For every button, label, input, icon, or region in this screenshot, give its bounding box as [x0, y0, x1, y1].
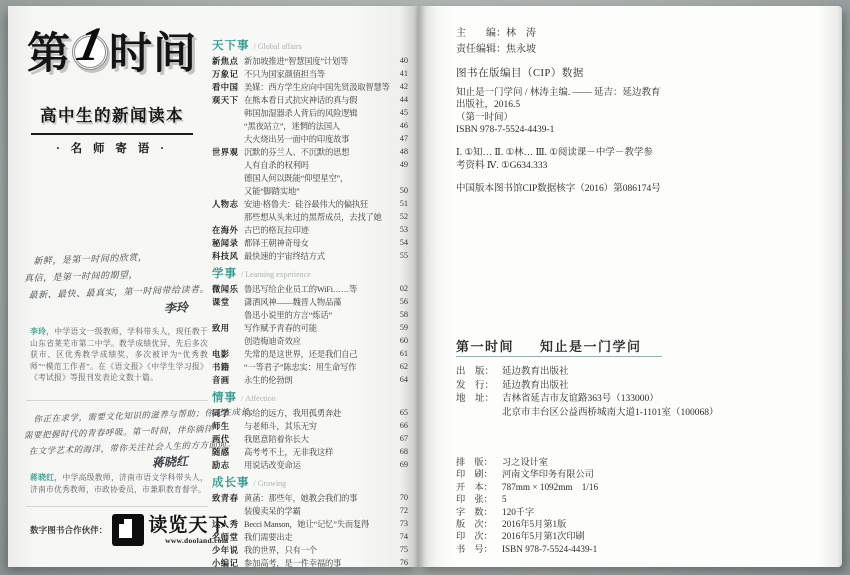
publisher-value: 北京市丰台区公益西桥城南大道1-1101室（100068）	[502, 408, 719, 418]
toc-article-title: 韩国加湿器杀人背后的风险逻辑	[244, 107, 392, 119]
toc-category: 微闻乐	[212, 283, 244, 295]
toc-category: 电影	[212, 348, 244, 360]
toc-page-number: 76	[392, 558, 408, 567]
teacher-bio-text-1: ，中学语文一级教师，学科带头人，现任教于山东省莱芜市第二中学。教学成绩优异，先后…	[30, 327, 208, 382]
cip-line: ISBN 978-7-5524-4439-1	[456, 124, 661, 137]
toc-page-number: 68	[392, 447, 408, 456]
toc-article-title: 不只为国家颜值担当等	[244, 68, 392, 80]
section-title-cn: 学事	[212, 268, 237, 280]
cip-block: 图书在版编目（CIP）数据 知止是一门学问 / 林涛主编. —— 延吉：延边教育…	[456, 68, 661, 196]
toc-row: 少年说我的世界，只有一个75	[212, 543, 408, 556]
printing-value: 习之设计室	[502, 457, 548, 467]
toc-article-title: 创造梅迪奇效应	[244, 335, 392, 347]
cip-class-line: Ⅰ. ①知… Ⅱ. ①林… Ⅲ. ①阅读课－中学－教学参	[456, 147, 661, 160]
toc-category: 师生	[212, 420, 244, 432]
toc-article-title: 你给的远方，我用孤勇奔赴	[244, 407, 392, 419]
toc-page-number: 44	[392, 95, 408, 104]
toc-page-number: 47	[392, 134, 408, 143]
toc-category: 科技风	[212, 250, 244, 262]
toc-article-title: 鲁迅小说里的方言“炼话”	[244, 309, 392, 321]
toc-row: 看中国美媒：西方学生应向中国先贤汲取智慧等42	[212, 80, 408, 93]
toc-row: 致用写作赋予青春的可能59	[212, 321, 408, 334]
toc-category: 名师堂	[212, 531, 244, 543]
teacher-name-1: 李玲	[30, 327, 46, 336]
toc-row: 师生与老师斗，其乐无穷66	[212, 419, 408, 432]
toc-article-title: 潇洒风神——魏晋人物品藻	[244, 296, 392, 308]
toc-row: 德国人何以既能“仰望星空”，	[212, 171, 408, 184]
table-of-contents: 天下事 / Global affairs 新焦点新加坡推进“智慧国度”计划等40…	[212, 38, 408, 573]
handwritten-note-2: 你正在求学，需要文化知识的滋养与帮助；你正在成长，需要把握时代的青春呼吸。第一时…	[27, 405, 209, 459]
title-prefix: 第	[27, 31, 71, 78]
toc-article-title: 装傻卖呆的学霸	[244, 505, 392, 517]
toc-row: 观天下在熊本看日式抗灾神话的真与假44	[212, 93, 408, 106]
toc-page-number: 49	[392, 160, 408, 169]
toc-article-title: 用说话改变命运	[244, 459, 392, 471]
editor-name: 林 涛	[506, 28, 536, 39]
toc-category: 致用	[212, 322, 244, 334]
toc-row: 科技风最快速的宇宙终结方式55	[212, 249, 408, 262]
toc-page-number: 74	[392, 532, 408, 541]
teacher-bio-text-2: ，中学高级教师，济南市语文学科带头人，济南市优秀教师，市政协委员，市兼职教育督学…	[30, 473, 208, 494]
masthead-rule	[31, 133, 193, 135]
toc-article-title: 大火烧出另一面中的印度故事	[244, 133, 392, 145]
toc-row: 新焦点新加坡推进“智慧国度”计划等40	[212, 54, 408, 67]
toc-category: 达人秀	[212, 518, 244, 530]
toc-page-number: 55	[392, 251, 408, 260]
toc-category: 同学	[212, 407, 244, 419]
toc-section-header: 学事 / Learning experience	[212, 266, 408, 280]
toc-page-number: 62	[392, 362, 408, 371]
toc-row: 人物志安迪·格鲁夫：硅谷最伟大的偏执狂51	[212, 197, 408, 210]
toc-section-global-affairs: 天下事 / Global affairs 新焦点新加坡推进“智慧国度”计划等40…	[212, 38, 408, 262]
section-title-en: / Growing	[254, 479, 287, 488]
toc-row: 达人秀Becci Manson，她让“记忆”失而复得73	[212, 517, 408, 530]
toc-row: 微闻乐鲁迅写给企业员工的WiFi……等02	[212, 282, 408, 295]
divider-line	[26, 506, 208, 507]
toc-article-title: 鲁迅写给企业员工的WiFi……等	[244, 283, 392, 295]
toc-section-affection: 情事 / Affection 同学你给的远方，我用孤勇奔赴65师生与老师斗，其乐…	[212, 390, 408, 471]
editors-block: 主 编：林 涛责任编辑：焦永坡	[456, 26, 536, 58]
toc-article-title: 最快速的宇宙终结方式	[244, 250, 392, 262]
printing-value: 2016年5月第1版	[502, 519, 566, 529]
dooland-book-icon	[112, 514, 144, 546]
cip-title: 图书在版编目（CIP）数据	[456, 68, 661, 81]
book-title-line: 第一时间知止是一门学问	[456, 336, 642, 355]
toc-row: 万象记不只为国家颜值担当等41	[212, 67, 408, 80]
magazine-logo: 第1时间 高中生的新闻读本 · 名 师 寄 语 ·	[18, 32, 206, 156]
toc-article-title: 都铎王朝神奇母女	[244, 237, 392, 249]
cip-lines: 知止是一门学问 / 林涛主编. —— 延吉：延边教育出版社，2016.5（第一时…	[456, 87, 661, 137]
toc-category: 两代	[212, 433, 244, 445]
toc-page-number: 56	[392, 297, 408, 306]
toc-section-growing: 成长事 / Growing 致青春黄菡：那些年，她教会我们的事70装傻卖呆的学霸…	[212, 475, 408, 569]
printing-row: 排 版：习之设计室	[456, 456, 598, 468]
toc-row: 音画永生的伦勃朗64	[212, 373, 408, 386]
toc-row: 两代我愿意陪着你长大67	[212, 432, 408, 445]
printing-value: ISBN 978-7-5524-4439-1	[502, 544, 597, 554]
toc-page-number: 46	[392, 121, 408, 130]
section-title-en: / Learning experience	[241, 270, 311, 279]
toc-row: 人有自杀的权利吗49	[212, 158, 408, 171]
printing-value: 787mm × 1092mm 1/16	[502, 482, 598, 492]
cip-record-number: 中国版本图书馆CIP数据核字（2016）第086174号	[456, 183, 661, 196]
toc-section-header: 情事 / Affection	[212, 390, 408, 404]
toc-row: 韩国加湿器杀人背后的风险逻辑45	[212, 106, 408, 119]
toc-category: 看中国	[212, 81, 244, 93]
publisher-value: 吉林省延吉市友谊路363号（133000）	[502, 394, 659, 404]
toc-page-number: 58	[392, 310, 408, 319]
toc-row: 课堂潇洒风神——魏晋人物品藻56	[212, 295, 408, 308]
publisher-row: 地 址：吉林省延吉市友谊路363号（133000）	[456, 393, 719, 407]
printing-row: 开 本：787mm × 1092mm 1/16	[456, 481, 598, 493]
printing-label: 开 本：	[456, 481, 502, 493]
toc-page-number: 70	[392, 493, 408, 502]
printing-row: 字 数：120千字	[456, 506, 598, 518]
publisher-value: 延边教育出版社	[502, 381, 569, 391]
section-title-cn: 情事	[212, 392, 237, 404]
toc-row: 书籍“一等君子”陈忠实：用生命写作62	[212, 360, 408, 373]
toc-category: 世界观	[212, 146, 244, 158]
toc-category: 随感	[212, 446, 244, 458]
printing-row: 版 次：2016年5月第1版	[456, 518, 598, 530]
editor-row: 主 编：林 涛	[456, 26, 536, 42]
toc-article-title: 古巴的格瓦拉印迹	[244, 224, 392, 236]
toc-row: 小编记参加高考，是一件幸福的事76	[212, 556, 408, 569]
divider-line	[26, 400, 208, 401]
publisher-label: 出 版：	[456, 366, 502, 380]
toc-page-number: 50	[392, 186, 408, 195]
toc-article-title: 失常的是这世界，还是我们自己	[244, 348, 392, 360]
toc-row: 致青春黄菡：那些年，她教会我们的事70	[212, 491, 408, 504]
printing-value: 120千字	[502, 507, 534, 517]
toc-article-title: 又能“脚踏实地”	[244, 185, 392, 197]
toc-page-number: 64	[392, 375, 408, 384]
toc-category: 少年说	[212, 544, 244, 556]
toc-section-header: 天下事 / Global affairs	[212, 38, 408, 52]
toc-rows: 致青春黄菡：那些年，她教会我们的事70装傻卖呆的学霸72达人秀Becci Man…	[212, 491, 408, 569]
toc-rows: 微闻乐鲁迅写给企业员工的WiFi……等02课堂潇洒风神——魏晋人物品藻56鲁迅小…	[212, 282, 408, 386]
toc-page-number: 67	[392, 434, 408, 443]
printing-label: 书 号：	[456, 543, 502, 555]
toc-article-title: 那些想从头来过的黑帮成员，去找了她	[244, 211, 392, 223]
book-spread: 第1时间 高中生的新闻读本 · 名 师 寄 语 · 新鲜，是第一时间的欣赏，真信…	[0, 0, 850, 575]
toc-page-number: 73	[392, 519, 408, 528]
toc-row: 名师堂我们需要出走74	[212, 530, 408, 543]
toc-page-number: 65	[392, 408, 408, 417]
lightning-one-icon: 1	[72, 34, 108, 70]
printing-row: 印 刷：河南文华印务有限公司	[456, 468, 598, 480]
printing-value: 河南文华印务有限公司	[502, 469, 594, 479]
toc-category: 观天下	[212, 94, 244, 106]
toc-row: 随感高考考不上，无非我这样68	[212, 445, 408, 458]
toc-article-title: 人有自杀的权利吗	[244, 159, 392, 171]
toc-row: 在海外古巴的格瓦拉印迹53	[212, 223, 408, 236]
toc-article-title: 新加坡推进“智慧国度”计划等	[244, 55, 392, 67]
cip-line: 知止是一门学问 / 林涛主编. —— 延吉：延边教育	[456, 87, 661, 100]
toc-page-number: 53	[392, 225, 408, 234]
editor-label: 主 编：	[456, 26, 506, 42]
section-title-cn: 成长事	[212, 477, 250, 489]
toc-article-title: 与老师斗，其乐无穷	[244, 420, 392, 432]
toc-row: 又能“脚踏实地”50	[212, 184, 408, 197]
printing-label: 字 数：	[456, 506, 502, 518]
toc-page-number: 60	[392, 336, 408, 345]
toc-row: 那些想从头来过的黑帮成员，去找了她52	[212, 210, 408, 223]
toc-row: 鲁迅小说里的方言“炼话”58	[212, 308, 408, 321]
toc-page-number: 42	[392, 82, 408, 91]
partner-label: 数字图书合作伙伴：	[30, 524, 107, 536]
printing-row: 印 次：2016年5月第1次印刷	[456, 530, 598, 542]
publisher-label: 发 行：	[456, 380, 502, 394]
toc-category: 新焦点	[212, 55, 244, 67]
toc-article-title: 写作赋予青春的可能	[244, 322, 392, 334]
toc-category: 致青春	[212, 492, 244, 504]
teacher-bio-2: 蒋晓红，中学高级教师，济南市语文学科带头人，济南市优秀教师，市政协委员，市兼职教…	[30, 472, 208, 495]
section-title-en: / Affection	[241, 394, 276, 403]
printing-label: 排 版：	[456, 456, 502, 468]
toc-row: 装傻卖呆的学霸72	[212, 504, 408, 517]
printing-label: 版 次：	[456, 518, 502, 530]
toc-article-title: 黄菡：那些年，她教会我们的事	[244, 492, 392, 504]
toc-page-number: 54	[392, 238, 408, 247]
toc-article-title: “黑夜站立”，迷惘的法国人	[244, 120, 392, 132]
printing-label: 印 刷：	[456, 468, 502, 480]
publisher-label: 地 址：	[456, 393, 502, 407]
toc-category: 人物志	[212, 198, 244, 210]
publisher-block: 出 版：延边教育出版社发 行：延边教育出版社地 址：吉林省延吉市友谊路363号（…	[456, 366, 719, 420]
toc-row: 创造梅迪奇效应60	[212, 334, 408, 347]
toc-page-number: 72	[392, 506, 408, 515]
toc-article-title: “一等君子”陈忠实：用生命写作	[244, 361, 392, 373]
toc-page-number: 52	[392, 212, 408, 221]
book-title: 知止是一门学问	[540, 339, 642, 354]
toc-page-number: 40	[392, 56, 408, 65]
toc-article-title: 永生的伦勃朗	[244, 374, 392, 386]
printing-value: 2016年5月第1次印刷	[502, 531, 585, 541]
toc-category: 小编记	[212, 557, 244, 569]
toc-page-number: 02	[392, 284, 408, 293]
section-title-en: / Global affairs	[254, 42, 302, 51]
toc-page-number: 48	[392, 147, 408, 156]
toc-page-number: 45	[392, 108, 408, 117]
digital-partner-row: 数字图书合作伙伴： 读览天下 www.dooland.com	[30, 514, 214, 546]
teacher-name-2: 蒋晓红	[30, 473, 54, 482]
toc-row: 秘闻录都铎王朝神奇母女54	[212, 236, 408, 249]
toc-rows: 同学你给的远方，我用孤勇奔赴65师生与老师斗，其乐无穷66两代我愿意陪着你长大6…	[212, 406, 408, 471]
toc-article-title: 沉默的芬兰人、不沉默的思想	[244, 146, 392, 158]
printing-label: 印 张：	[456, 493, 502, 505]
toc-page-number: 59	[392, 323, 408, 332]
toc-article-title: 我们需要出走	[244, 531, 392, 543]
toc-row: 电影失常的是这世界，还是我们自己61	[212, 347, 408, 360]
masthead-tagline: · 名 师 寄 语 ·	[18, 140, 206, 156]
series-title: 第一时间	[456, 339, 514, 354]
toc-page-number: 51	[392, 199, 408, 208]
toc-article-title: 安迪·格鲁夫：硅谷最伟大的偏执狂	[244, 198, 392, 210]
toc-row: 励志用说话改变命运69	[212, 458, 408, 471]
toc-article-title: 我愿意陪着你长大	[244, 433, 392, 445]
printing-row: 书 号：ISBN 978-7-5524-4439-1	[456, 543, 598, 555]
printing-label: 印 次：	[456, 530, 502, 542]
editor-label: 责任编辑：	[456, 42, 506, 58]
toc-article-title: 高考考不上，无非我这样	[244, 446, 392, 458]
title-suffix: 时间	[109, 31, 197, 78]
toc-article-title: 我的世界，只有一个	[244, 544, 392, 556]
toc-category: 秘闻录	[212, 237, 244, 249]
right-page: 主 编：林 涛责任编辑：焦永坡 图书在版编目（CIP）数据 知止是一门学问 / …	[418, 6, 842, 567]
toc-article-title: Becci Manson，她让“记忆”失而复得	[244, 518, 392, 530]
toc-category: 音画	[212, 374, 244, 386]
publisher-value: 延边教育出版社	[502, 367, 569, 377]
section-title-cn: 天下事	[212, 40, 250, 52]
toc-category: 万象记	[212, 68, 244, 80]
title-rule	[456, 356, 662, 357]
toc-category: 励志	[212, 459, 244, 471]
printing-block: 排 版：习之设计室印 刷：河南文华印务有限公司开 本：787mm × 1092m…	[456, 456, 598, 555]
editor-name: 焦永坡	[506, 44, 536, 55]
cip-line: 出版社，2016.5	[456, 99, 661, 112]
printing-value: 5	[502, 494, 507, 504]
toc-rows: 新焦点新加坡推进“智慧国度”计划等40万象记不只为国家颜值担当等41看中国美媒：…	[212, 54, 408, 262]
toc-category: 在海外	[212, 224, 244, 236]
toc-page-number: 41	[392, 69, 408, 78]
toc-row: 世界观沉默的芬兰人、不沉默的思想48	[212, 145, 408, 158]
toc-row: 同学你给的远方，我用孤勇奔赴65	[212, 406, 408, 419]
toc-category: 书籍	[212, 361, 244, 373]
cip-class-line: 考资料 Ⅳ. ①G634.333	[456, 160, 661, 173]
cip-classification: Ⅰ. ①知… Ⅱ. ①林… Ⅲ. ①阅读课－中学－教学参考资料 Ⅳ. ①G634…	[456, 147, 661, 172]
toc-row: “黑夜站立”，迷惘的法国人46	[212, 119, 408, 132]
toc-section-header: 成长事 / Growing	[212, 475, 408, 489]
teacher-bio-1: 李玲，中学语文一级教师，学科带头人，现任教于山东省莱芜市第二中学。教学成绩优异，…	[30, 326, 208, 384]
publisher-row: 北京市丰台区公益西桥城南大道1-1101室（100068）	[456, 407, 719, 421]
handwritten-note-1: 新鲜，是第一时间的欣赏，真信，是第一时间的期望，最新、最快、最真实，第一时间带给…	[27, 247, 209, 304]
cip-line: （第一时间）	[456, 112, 661, 125]
toc-article-title: 美媒：西方学生应向中国先贤汲取智慧等	[244, 81, 392, 93]
toc-category: 课堂	[212, 296, 244, 308]
magazine-subtitle: 高中生的新闻读本	[18, 102, 206, 126]
toc-page-number: 69	[392, 460, 408, 469]
toc-page-number: 61	[392, 349, 408, 358]
editor-row: 责任编辑：焦永坡	[456, 42, 536, 58]
dooland-logo: 读览天下 www.dooland.com	[112, 514, 228, 546]
magazine-title: 第1时间	[18, 32, 206, 78]
toc-section-learning: 学事 / Learning experience 微闻乐鲁迅写给企业员工的WiF…	[212, 266, 408, 386]
publisher-row: 发 行：延边教育出版社	[456, 380, 719, 394]
printing-row: 印 张：5	[456, 493, 598, 505]
toc-article-title: 在熊本看日式抗灾神话的真与假	[244, 94, 392, 106]
toc-page-number: 66	[392, 421, 408, 430]
toc-page-number: 75	[392, 545, 408, 554]
publisher-row: 出 版：延边教育出版社	[456, 366, 719, 380]
left-page: 第1时间 高中生的新闻读本 · 名 师 寄 语 · 新鲜，是第一时间的欣赏，真信…	[8, 6, 418, 567]
toc-article-title: 德国人何以既能“仰望星空”，	[244, 172, 392, 184]
toc-article-title: 参加高考，是一件幸福的事	[244, 557, 392, 569]
toc-row: 大火烧出另一面中的印度故事47	[212, 132, 408, 145]
